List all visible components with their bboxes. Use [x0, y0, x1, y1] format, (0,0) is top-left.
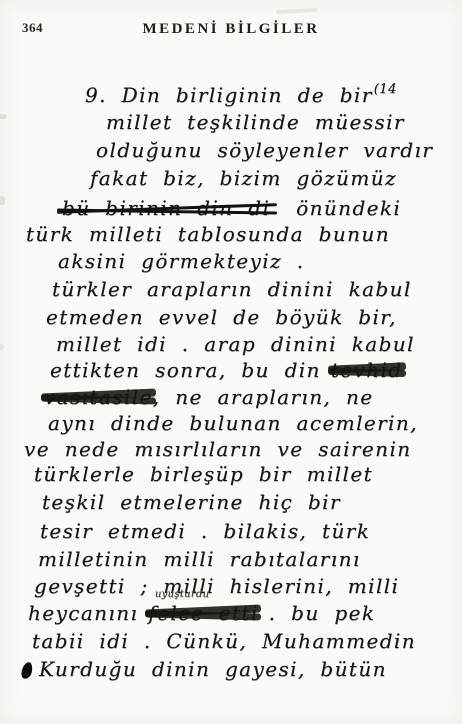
handwriting-segment: Kurduğu dinin gayesi, bütün	[39, 657, 387, 681]
handwriting-segment: türk milleti tablosunda bunun	[26, 222, 390, 246]
crossed-out-phrase: bü birinin din di	[62, 196, 270, 220]
handwriting-segment: fakat biz, bizim gözümüz	[90, 166, 397, 190]
handwriting-segment: gevşetti ; milli hislerini, milli	[34, 574, 399, 598]
scribbled-out-word: vasıtasile	[44, 385, 153, 409]
scan-artifact	[0, 196, 5, 205]
manuscript-line: heycanınıfelce ettiuyuşturdu. bu pek	[28, 601, 375, 625]
manuscript-line: milletinin milli rabıtalarını	[38, 547, 361, 571]
manuscript-line: millet idi . arap dinini kabul	[56, 332, 415, 356]
manuscript-line: türklerle birleşüp bir millet	[34, 462, 373, 486]
manuscript-line: tesir etmedi . bilakis, türk	[40, 519, 370, 543]
manuscript-line: ettikten sonra, bu dintevhid	[50, 358, 403, 382]
handwriting-segment: türklerle birleşüp bir millet	[34, 462, 373, 486]
manuscript-line: bü birinin din diönündeki	[62, 196, 401, 220]
handwriting-segment: ve nede mısırlıların ve sairenin	[24, 437, 412, 461]
scribbled-out-word: felce ettiuyuşturdu	[148, 601, 258, 625]
manuscript-line: aksini görmekteyiz .	[58, 249, 304, 273]
handwriting-segment: aynı dinde bulunan acemlerin,	[48, 411, 418, 435]
manuscript-line: olduğunu söyleyenler vardır	[96, 138, 433, 162]
handwriting-segment: , ne arapların, ne	[153, 385, 374, 409]
manuscript-line: Kurduğu dinin gayesi, bütün	[22, 657, 387, 681]
manuscript-line: türk milleti tablosunda bunun	[26, 222, 390, 246]
handwriting-segment: aksini görmekteyiz .	[58, 249, 304, 273]
handwriting-segment: tabii idi . Cünkü, Muhammedin	[32, 629, 416, 653]
page-title: MEDENİ BİLGİLER	[0, 21, 462, 38]
handwriting-segment: . bu pek	[269, 601, 376, 625]
manuscript-line: tabii idi . Cünkü, Muhammedin	[32, 629, 416, 653]
manuscript-line: teşkil etmelerine hiç bir	[42, 490, 341, 514]
manuscript-line: etmeden evvel de böyük bir,	[46, 305, 397, 329]
scan-artifact	[276, 8, 318, 14]
handwriting-segment: türkler arapların dinini kabul	[52, 277, 412, 301]
manuscript-line: ve nede mısırlıların ve sairenin	[24, 437, 412, 461]
handwriting-segment: tesir etmedi . bilakis, türk	[40, 519, 370, 543]
handwriting-segment: etmeden evvel de böyük bir,	[46, 305, 397, 329]
manuscript-line: aynı dinde bulunan acemlerin,	[48, 411, 418, 435]
handwriting-segment: millet teşkilinde müessir	[106, 110, 405, 134]
handwriting-segment: millet idi . arap dinini kabul	[56, 332, 415, 356]
manuscript-line: 9. Din birliginin de bir(14	[85, 82, 397, 107]
ink-blot-mark	[20, 661, 33, 680]
scanned-book-page: 364 MEDENİ BİLGİLER 9. Din birliginin de…	[0, 0, 462, 724]
handwriting-segment: heycanını	[28, 601, 138, 625]
manuscript-line: fakat biz, bizim gözümüz	[90, 166, 397, 190]
footnote-marker: (14	[374, 82, 397, 97]
scan-artifact	[0, 344, 4, 350]
manuscript-line: millet teşkilinde müessir	[106, 110, 405, 134]
manuscript-line: türkler arapların dinini kabul	[52, 277, 412, 301]
handwriting-segment: teşkil etmelerine hiç bir	[42, 490, 341, 514]
handwriting-segment: olduğunu söyleyenler vardır	[96, 138, 433, 162]
handwriting-segment: önündeki	[296, 196, 401, 220]
manuscript-line: gevşetti ; milli hislerini, milli	[34, 574, 399, 598]
scan-artifact	[0, 114, 7, 119]
handwriting-segment: milletinin milli rabıtalarını	[38, 547, 361, 571]
scribbled-out-word: tevhid	[331, 358, 403, 382]
handwriting-segment: ettikten sonra, bu din	[50, 358, 321, 382]
manuscript-line: vasıtasile, ne arapların, ne	[44, 385, 374, 409]
interlinear-correction: uyuşturdu	[155, 589, 209, 600]
handwriting-segment: 9. Din birliginin de bir	[85, 83, 373, 107]
